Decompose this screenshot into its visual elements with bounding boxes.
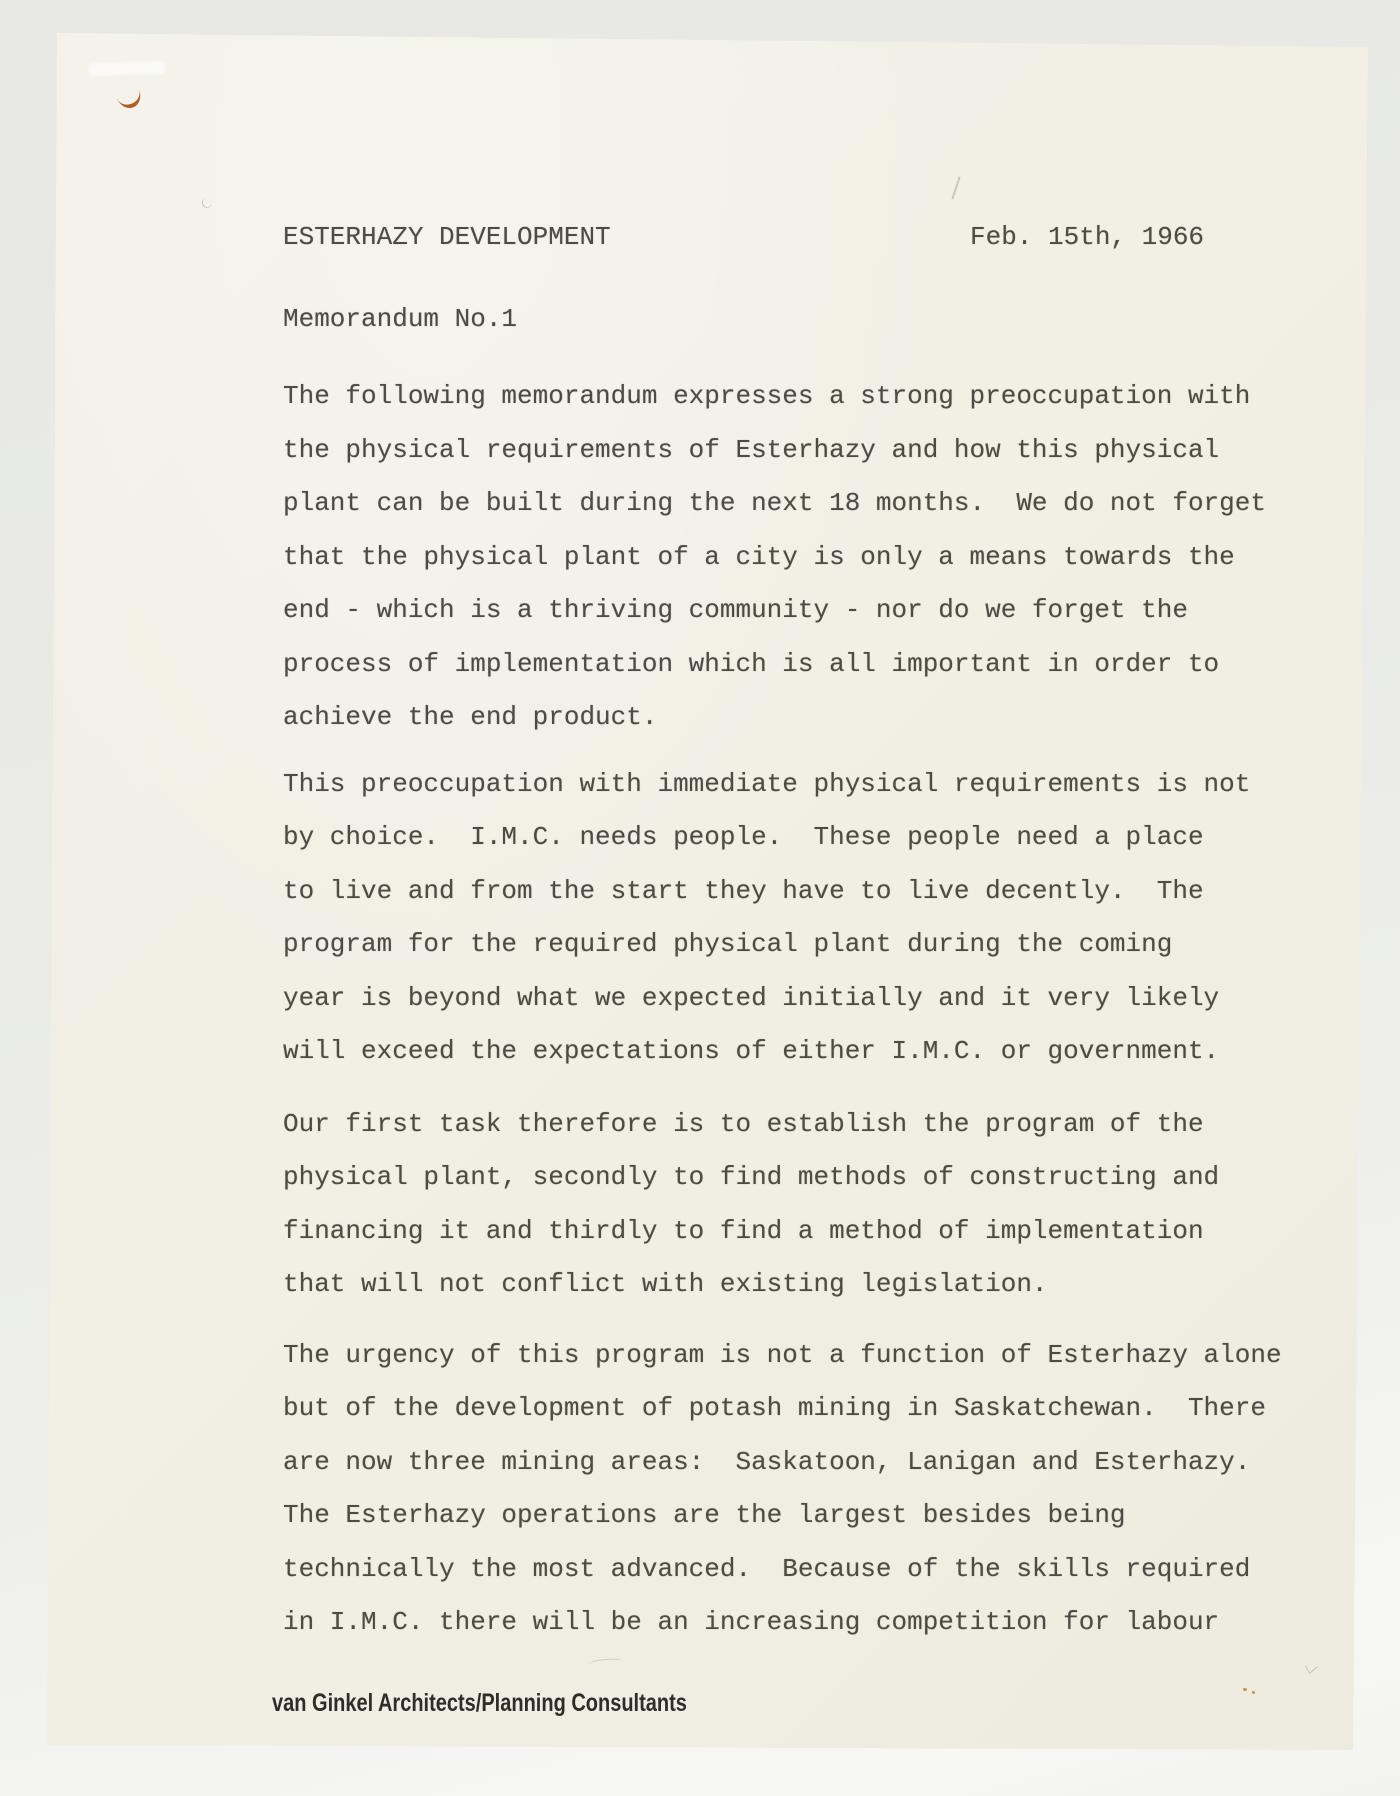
- document-date: Feb. 15th, 1966: [970, 211, 1204, 265]
- text-line: The Esterhazy operations are the largest…: [283, 1489, 1313, 1543]
- text-line: The urgency of this program is not a fun…: [283, 1329, 1313, 1383]
- text-line: end - which is a thriving community - no…: [283, 584, 1313, 638]
- text-line: but of the development of potash mining …: [283, 1382, 1313, 1436]
- text-line: are now three mining areas: Saskatoon, L…: [283, 1436, 1313, 1490]
- text-line: that will not conflict with existing leg…: [283, 1258, 1313, 1312]
- text-line: year is beyond what we expected initiall…: [283, 972, 1313, 1026]
- text-line: The following memorandum expresses a str…: [283, 370, 1313, 424]
- text-line: physical plant, secondly to find methods…: [283, 1151, 1313, 1205]
- text-line: program for the required physical plant …: [283, 918, 1313, 972]
- text-line: achieve the end product.: [283, 691, 1313, 745]
- memo-header: ESTERHAZY DEVELOPMENT Feb. 15th, 1966: [283, 211, 1313, 265]
- erased-streak: [88, 61, 166, 77]
- paragraph: Our first task therefore is to establish…: [283, 1098, 1313, 1312]
- footer-brand: van Ginkel Architects/Planning Consultan…: [272, 1689, 687, 1718]
- paragraph: The urgency of this program is not a fun…: [283, 1329, 1313, 1650]
- text-line: by choice. I.M.C. needs people. These pe…: [283, 811, 1313, 865]
- text-line: that the physical plant of a city is onl…: [283, 531, 1313, 585]
- paragraph: This preoccupation with immediate physic…: [283, 758, 1313, 1079]
- rust-speck: [1243, 1688, 1247, 1691]
- typed-text-block: ESTERHAZY DEVELOPMENT Feb. 15th, 1966 Me…: [283, 211, 1313, 1650]
- paragraph: The following memorandum expresses a str…: [283, 370, 1313, 745]
- text-line: in I.M.C. there will be an increasing co…: [283, 1596, 1313, 1650]
- scanned-memo-page: ESTERHAZY DEVELOPMENT Feb. 15th, 1966 Me…: [0, 0, 1400, 1796]
- text-line: process of implementation which is all i…: [283, 638, 1313, 692]
- text-line: This preoccupation with immediate physic…: [283, 758, 1313, 812]
- memo-number-label: Memorandum No.1: [283, 293, 1313, 347]
- text-line: to live and from the start they have to …: [283, 865, 1313, 919]
- text-line: plant can be built during the next 18 mo…: [283, 477, 1313, 531]
- text-line: technically the most advanced. Because o…: [283, 1543, 1313, 1597]
- text-line: Our first task therefore is to establish…: [283, 1098, 1313, 1152]
- document-title: ESTERHAZY DEVELOPMENT: [283, 222, 611, 252]
- text-line: the physical requirements of Esterhazy a…: [283, 424, 1313, 478]
- rust-speck: [1252, 1691, 1255, 1694]
- text-line: financing it and thirdly to find a metho…: [283, 1205, 1313, 1259]
- text-line: will exceed the expectations of either I…: [283, 1025, 1313, 1079]
